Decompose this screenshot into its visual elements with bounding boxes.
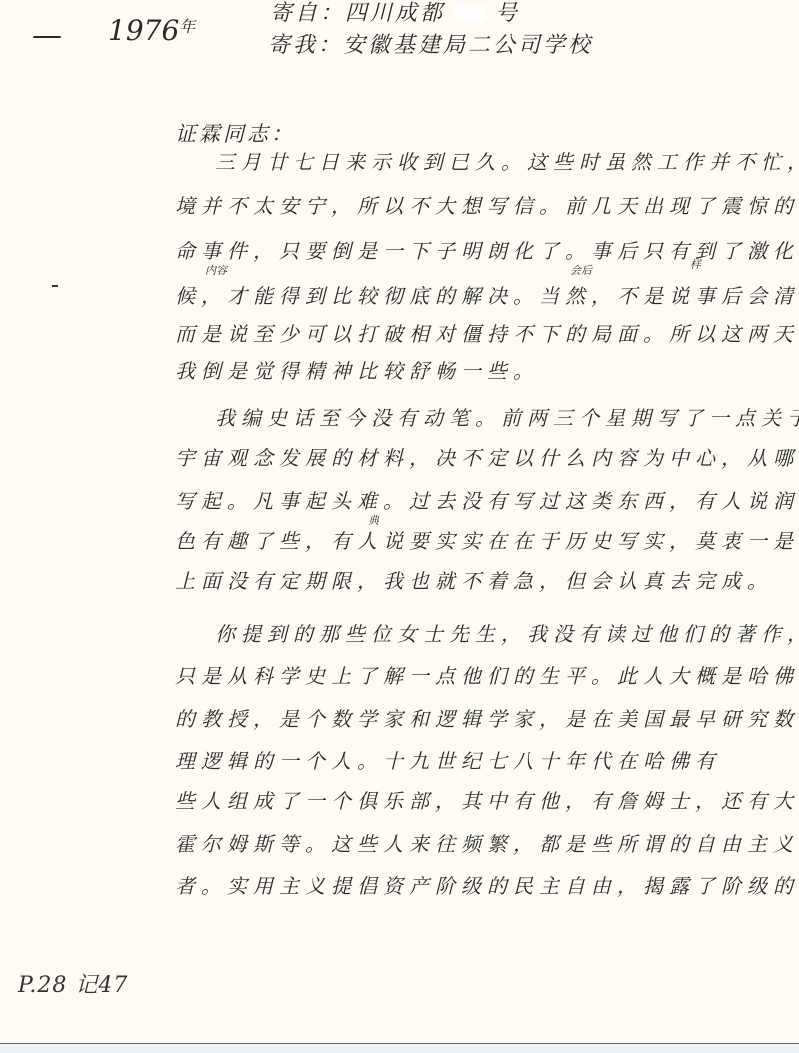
redacted-block [455, 6, 485, 22]
year-suffix: 年 [179, 17, 195, 36]
letter-line-2: 境并不太安宁，所以不大想写信。前几天出现了震惊的反革 [175, 190, 799, 219]
letter-line-14: 的教授，是个数学家和逻辑学家，是在美国最早研究数 [175, 703, 799, 732]
scanned-letter-page: — 1976年 寄自：四川成都 号 寄我：安徽基建局二公司学校 证霖同志： 三月… [0, 0, 799, 1043]
insertion-note-3: 样 [690, 256, 701, 272]
page-bottom-edge [0, 1043, 799, 1053]
archive-page: P.28 [18, 973, 67, 998]
letter-line-17: 霍尔姆斯等。这些人来往频繁，都是些所谓的自由主义 [175, 828, 799, 857]
sender-line: 寄自：四川成都 [270, 1, 445, 26]
letter-line-3: 命事件，只要倒是一下子明朗化了。事后只有到了激化的时 [175, 235, 799, 264]
letter-line-12: 你提到的那些位女士先生，我没有读过他们的著作， [215, 618, 799, 647]
letter-line-7: 我编史话至今没有动笔。前两三个星期写了一点关于 [215, 402, 799, 431]
recipient-address: 寄我：安徽基建局二公司学校 [268, 28, 593, 59]
archive-mark: 记 [75, 973, 98, 998]
letter-line-9: 写起。凡事起头难。过去没有写过这类东西，有人说润 [175, 485, 799, 514]
salutation: 证霖同志： [175, 118, 295, 148]
letter-line-18: 者。实用主义提倡资产阶级的民主自由，揭露了阶级的没落。 [175, 870, 799, 899]
letter-line-11: 上面没有定期限，我也就不着急，但会认真去完成。 [175, 565, 773, 594]
archive-number: 47 [98, 973, 128, 998]
letter-line-1: 三月廿七日来示收到已久。这些时虽然工作并不忙，但心 [215, 146, 799, 175]
margin-mark [52, 285, 58, 287]
letter-line-13: 只是从科学史上了解一点他们的生平。此人大概是哈佛大学（？） [175, 660, 799, 689]
archive-note: P.28 记47 [18, 968, 128, 999]
letter-line-10: 色有趣了些，有人说要实实在在于历史写实，莫衷一是。好在 [175, 525, 799, 554]
letter-line-4: 候，才能得到比较彻底的解决。当然，不是说事后会清楚， [175, 280, 799, 309]
insertion-note-2: 会后 [570, 262, 592, 278]
header-dash: — [32, 18, 62, 53]
letter-line-5: 而是说至少可以打破相对僵持不下的局面。所以这两天 [175, 318, 799, 347]
insertion-note-1: 内容 [205, 262, 227, 278]
letter-line-8: 宇宙观念发展的材料，决不定以什么内容为中心，从哪里 [175, 442, 799, 471]
sender-line-suffix: 号 [495, 1, 520, 26]
letter-line-16: 些人组成了一个俱乐部，其中有他，有詹姆士，还有大法官 [175, 785, 799, 814]
year-number: 1976 [108, 14, 179, 47]
sender-address: 寄自：四川成都 号 [270, 0, 520, 27]
letter-year: 1976年 [108, 14, 195, 47]
letter-line-6: 我倒是觉得精神比较舒畅一些。 [175, 355, 539, 384]
letter-line-15: 理逻辑的一个人。十九世纪七八十年代在哈佛有 [175, 745, 721, 774]
